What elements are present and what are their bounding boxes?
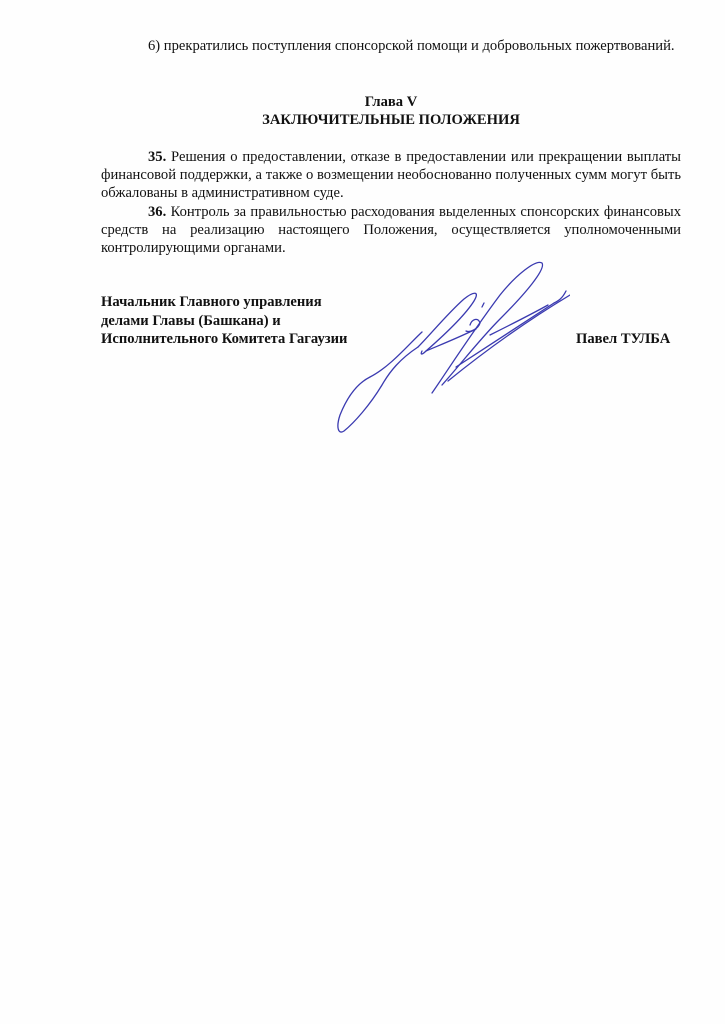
paragraph-number: 35.: [148, 149, 166, 165]
signatory-position: Начальник Главного управления делами Гла…: [101, 293, 347, 349]
position-line: Начальник Главного управления: [101, 293, 347, 312]
paragraph-36: 36. Контроль за правильностью расходован…: [101, 203, 681, 257]
chapter-title: ЗАКЛЮЧИТЕЛЬНЫЕ ПОЛОЖЕНИЯ: [101, 111, 681, 129]
document-page: 6) прекратились поступления спонсорской …: [0, 0, 725, 1024]
paragraph-text: Контроль за правильностью расходования в…: [101, 204, 681, 256]
list-item-6-text: 6) прекратились поступления спонсорской …: [101, 37, 681, 55]
handwritten-signature-icon: [330, 255, 570, 440]
position-line: Исполнительного Комитета Гагаузии: [101, 330, 347, 349]
position-line: делами Главы (Башкана) и: [101, 312, 347, 331]
chapter-number: Глава V: [101, 93, 681, 111]
paragraph-35: 35. Решения о предоставлении, отказе в п…: [101, 148, 681, 202]
paragraph-text: Решения о предоставлении, отказе в предо…: [101, 149, 681, 201]
signatory-name: Павел ТУЛБА: [576, 330, 670, 348]
paragraph-number: 36.: [148, 204, 166, 220]
list-item-6: 6) прекратились поступления спонсорской …: [101, 37, 681, 55]
